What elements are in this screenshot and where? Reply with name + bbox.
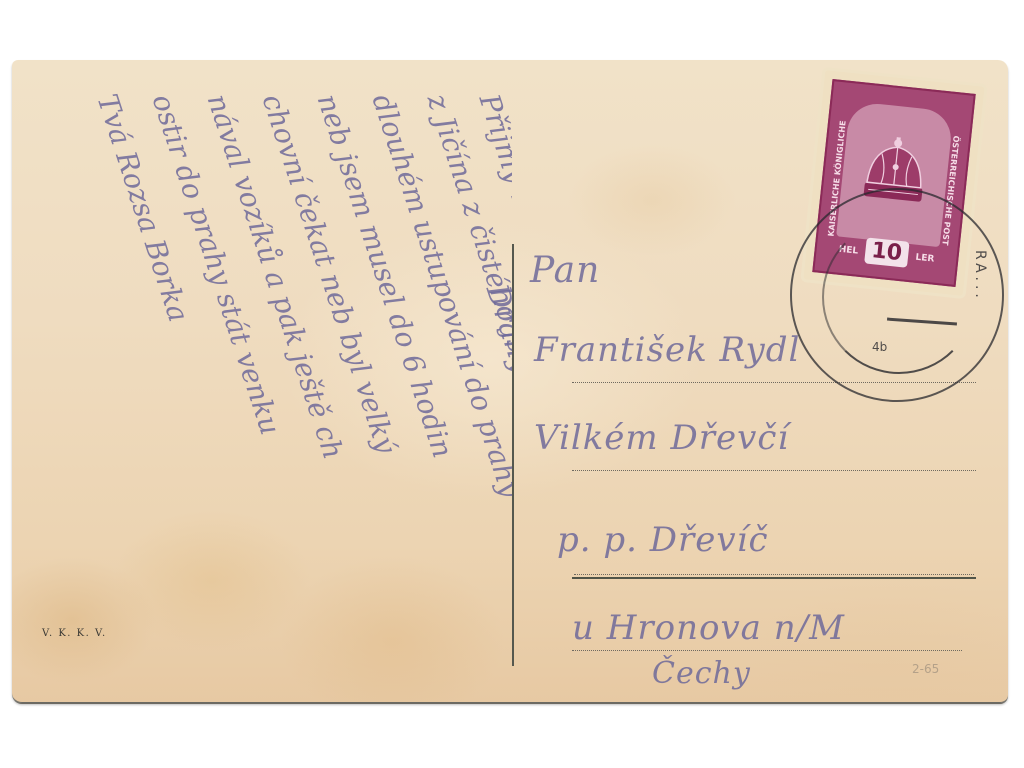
center-divider (512, 244, 514, 666)
address-post-office: p. p. Dřevíč (557, 520, 769, 560)
postmark-bar (887, 318, 957, 326)
postage-stamp: KAISERLICHE KÖNIGLICHE ÖSTERREICHISCHE P… (803, 70, 984, 296)
stamp-face: KAISERLICHE KÖNIGLICHE ÖSTERREICHISCHE P… (812, 79, 975, 287)
postmark-town: RA... (972, 250, 988, 302)
address-line (572, 382, 976, 383)
stamp-unit-right: LER (915, 253, 935, 265)
address-region: Čechy (652, 656, 751, 691)
address-line-solid (572, 577, 976, 579)
stamp-value: 10 (864, 237, 909, 267)
message-area: Přijmy moje srdečný pozdrav z Jičína z č… (12, 60, 512, 702)
crown-icon (853, 133, 938, 211)
address-line (572, 650, 962, 651)
postmark-date: 4b (872, 340, 887, 354)
postcard: Přijmy moje srdečný pozdrav z Jičína z č… (12, 60, 1008, 703)
address-district: u Hronova n/M (572, 608, 845, 648)
address-salutation: Pan (530, 250, 600, 291)
address-recipient: František Rydl (534, 330, 800, 370)
address-line (574, 574, 974, 575)
address-line (572, 470, 976, 471)
scan-stage: Přijmy moje srdečný pozdrav z Jičína z č… (0, 0, 1024, 768)
address-village: Vilkém Dřevčí (534, 418, 789, 458)
stamp-unit-left: HEL (838, 245, 858, 257)
pencil-note: 2-65 (912, 662, 939, 676)
publisher-mark: V. K. K. V. (42, 628, 107, 639)
